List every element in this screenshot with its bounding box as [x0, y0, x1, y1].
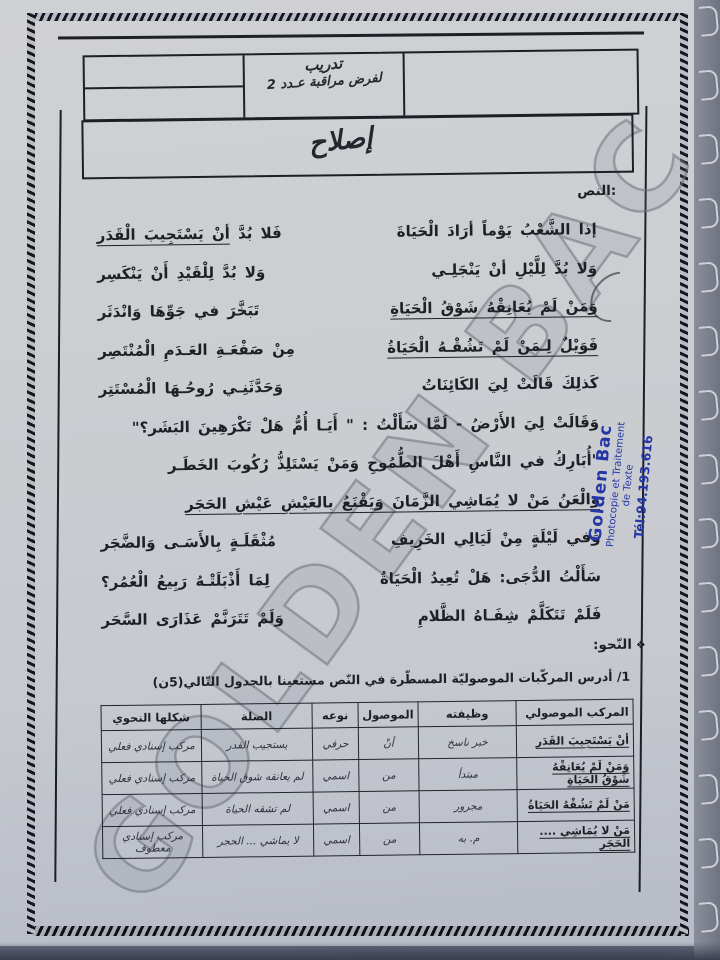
poem-text: تَبَخَّرَ في جَوِّهَا وَانْدَثَر	[98, 301, 260, 321]
table-cell: من	[359, 759, 419, 792]
hemistich: فَلَمْ تَتَكَلَّمْ شِفَـاهُ الظَّلامِ	[418, 605, 602, 625]
poem-text: وَلا بُدَّ لِلْقَيْدِ أَنْ يَنْكَسِر	[97, 263, 265, 283]
page-content: GOLDEN BAC تدريب لفرض مراقبة عـدد 2 إصلا…	[0, 0, 720, 960]
poem-verse: وَفي لَيْلَةٍ مِنْ لَيَالِي الخَرِيفِمُث…	[100, 518, 600, 563]
hemistich: "أُبَارِكُ في النَّاسِ أَهْلَ الطُّمُوحِ…	[168, 451, 600, 474]
hemistich: كَذلِكَ قَالَتْ لِيَ الكَائِنَاتُ	[421, 374, 598, 394]
poem-text: فَلا بُدَّ	[230, 224, 282, 243]
grammar-section-label: ❖النّحو:	[593, 637, 646, 654]
table-cell: لا يماشي ... الحجر	[202, 824, 313, 857]
table-cell: مركب إسنادي فعلي	[101, 729, 201, 762]
table-cell: مَنْ لا يُمَاشِي .... الحَجَر	[517, 820, 634, 853]
table-row: مَنْ لا يُمَاشِي .... الحَجَرم. بهمناسمي…	[102, 820, 634, 858]
hemistich: مُثْقَلَـةٍ بِالأَسَـى وَالضَّجَر	[100, 532, 276, 552]
poem-text: وَمَنْ لَمْ يُعَانِقْهُ شَوْقُ الْحَيَاة…	[390, 297, 598, 318]
hemistich: وَمَنْ لَمْ يُعَانِقْهُ شَوْقُ الْحَيَاة…	[390, 297, 598, 318]
poem-block: إذا الشَّعْبُ يَوْماً أرَادَ الْحَيَاةَف…	[97, 210, 602, 640]
table-cell: لم تشقه الحياة	[202, 792, 313, 825]
poem-verse: إذا الشَّعْبُ يَوْماً أرَادَ الْحَيَاةَف…	[97, 210, 597, 255]
handwritten-correction-word: إصلاح	[307, 122, 374, 159]
header-subcell-top	[85, 55, 243, 89]
hemistich: فَلا بُدَّ أنْ يَسْتَجِيبَ الْقَدَر	[97, 224, 282, 244]
handwritten-title: تدريب لفرض مراقبة عـدد 2	[244, 51, 404, 95]
hemistich: وَلا بُدَّ لِلْقَيْدِ أَنْ يَنْكَسِر	[97, 263, 265, 283]
table-cell: اسمي	[313, 760, 359, 793]
hemistich: سَأَلْتُ الدُّجَى: هَلْ تُعِيدُ الْحَيَا…	[380, 567, 601, 588]
table-cell: مَنْ لَمْ تَشُقْهُ الحَيَاةُ	[517, 788, 634, 821]
diamond-bullet-icon: ❖	[636, 639, 646, 652]
hemistich: تَبَخَّرَ في جَوِّهَا وَانْدَثَر	[98, 301, 260, 321]
table-cell: أنْ يَسْتَجِيبَ القَدَر	[516, 724, 633, 757]
text-section-label: النص:	[577, 183, 616, 199]
table-cell: مجرور	[419, 790, 517, 823]
hemistich: إذا الشَّعْبُ يَوْماً أرَادَ الْحَيَاةَ	[397, 220, 597, 240]
poem-verse: كَذلِكَ قَالَتْ لِيَ الكَائِنَاتُوَحَدَّ…	[98, 364, 598, 409]
table-cell: م. به	[419, 822, 517, 855]
table-header-cell: الصلة	[201, 703, 312, 729]
table-cell: خبر ناسخ	[418, 726, 516, 759]
correction-box: إصلاح	[81, 114, 634, 180]
poem-text: كَذلِكَ قَالَتْ لِيَ الكَائِنَاتُ	[421, 374, 598, 394]
poem-text: أنْ يَسْتَجِيبَ الْقَدَر	[97, 225, 230, 245]
poem-text: سَأَلْتُ الدُّجَى: هَلْ تُعِيدُ الْحَيَا…	[380, 567, 601, 588]
table-cell: مركب إسنادي معطوف	[102, 825, 202, 858]
poem-text: فَوَيْلٌ لِـمَنْ لَمْ تَشُقْـهُ الْحَيَا…	[387, 336, 598, 357]
poem-text: وَلا بُدَّ لِلَّيْلِ أنْ يَنْجَلِـي	[431, 259, 597, 279]
table-cell: اسمي	[313, 824, 359, 857]
header-table: تدريب لفرض مراقبة عـدد 2	[83, 49, 640, 122]
poem-verse: سَأَلْتُ الدُّجَى: هَلْ تُعِيدُ الْحَيَا…	[101, 557, 601, 602]
poem-text: مِنْ صَفْعَـةِ العَـدَمِ الْمُنْتَصِر	[98, 340, 295, 360]
table-cell: حرفي	[312, 728, 358, 761]
table-cell: يستجيب القدر	[201, 728, 312, 761]
table-cell: من	[359, 823, 419, 856]
hemistich: فَوَيْلٌ لِـمَنْ لَمْ تَشُقْـهُ الْحَيَا…	[387, 336, 598, 357]
poem-text: وَقَالَتْ لِيَ الأَرْضُ - لَمَّا سَأَلْت…	[132, 413, 600, 437]
poem-text: وَفي لَيْلَةٍ مِنْ لَيَالِي الخَرِيفِ	[391, 528, 601, 549]
hemistich: والْعَنُ مَنْ لا يُمَاشِي الزَّمَانَ وَي…	[185, 490, 600, 513]
table-cell: وَمَنْ لَمْ يُعَانِقْهُ شَوْقُ الحَيَاةِ	[517, 756, 634, 789]
poem-text: وَلَمْ تَتَرَنَّمْ عَذَارَى السَّحَر	[101, 609, 284, 629]
poem-verse: فَوَيْلٌ لِـمَنْ لَمْ تَشُقْـهُ الْحَيَا…	[98, 326, 598, 371]
poem-verse: والْعَنُ مَنْ لا يُمَاشِي الزَّمَانَ وَي…	[100, 480, 600, 525]
poem-text: وَحَدَّثَنِـي رُوحُـهَا الْمُسْتَتِر	[99, 378, 284, 398]
header-cell-title: تدريب لفرض مراقبة عـدد 2	[245, 53, 406, 117]
scanned-document-photo: GOLDEN BAC تدريب لفرض مراقبة عـدد 2 إصلا…	[0, 0, 720, 960]
table-cell: لم يعانقه شوق الحياة	[202, 760, 313, 793]
header-cell-right	[405, 51, 638, 116]
poem-text: إذا الشَّعْبُ يَوْماً أرَادَ الْحَيَاةَ	[397, 220, 597, 240]
poem-verse: وَمَنْ لَمْ يُعَانِقْهُ شَوْقُ الْحَيَاة…	[97, 287, 597, 332]
poem-verse: وَلا بُدَّ لِلَّيْلِ أنْ يَنْجَلِـيوَلا …	[97, 249, 597, 294]
table-cell: من	[359, 791, 419, 824]
hemistich: وَحَدَّثَنِـي رُوحُـهَا الْمُسْتَتِر	[99, 378, 284, 398]
grammar-analysis-table: المركب الموصوليوظيفتهالموصولنوعهالصلةشكل…	[100, 699, 635, 860]
header-subcell-bottom	[85, 87, 243, 119]
table-header-cell: المركب الموصولي	[516, 699, 633, 725]
grammar-label-text: النّحو:	[593, 637, 632, 653]
table-cell: مركب إسنادي فعلي	[102, 793, 202, 826]
hemistich: وَلا بُدَّ لِلَّيْلِ أنْ يَنْجَلِـي	[431, 259, 597, 279]
table-cell: اسمي	[313, 792, 359, 825]
poem-text: "أُبَارِكُ في النَّاسِ أَهْلَ الطُّمُوحِ…	[168, 451, 600, 474]
table-header-cell: وظيفته	[418, 701, 516, 727]
exercise-instruction: 1/ أدرس المركّبات الموصوليّة المسطّرة في…	[98, 669, 630, 690]
hemistich: لِمَا أَذْبَلَتْـهُ رَبِيعُ الْعُمُر؟	[101, 571, 270, 591]
header-cell-left	[85, 55, 246, 119]
poem-text: والْعَنُ مَنْ لا يُمَاشِي الزَّمَانَ وَي…	[185, 490, 600, 513]
poem-verse: وَقَالَتْ لِيَ الأَرْضُ - لَمَّا سَأَلْت…	[99, 403, 599, 448]
table-cell: مركب إسنادي فعلي	[102, 761, 202, 794]
table-header-cell: الموصول	[358, 702, 418, 728]
hemistich: وَقَالَتْ لِيَ الأَرْضُ - لَمَّا سَأَلْت…	[132, 413, 600, 437]
hemistich: وَلَمْ تَتَرَنَّمْ عَذَارَى السَّحَر	[101, 609, 284, 629]
table-cell: أنْ	[358, 727, 418, 760]
poem-verse: "أُبَارِكُ في النَّاسِ أَهْلَ الطُّمُوحِ…	[99, 441, 599, 486]
hemistich: مِنْ صَفْعَـةِ العَـدَمِ الْمُنْتَصِر	[98, 340, 295, 360]
hemistich: وَفي لَيْلَةٍ مِنْ لَيَالِي الخَرِيفِ	[391, 528, 601, 549]
poem-text: فَلَمْ تَتَكَلَّمْ شِفَـاهُ الظَّلامِ	[418, 605, 602, 625]
table-header-cell: نوعه	[312, 703, 358, 729]
table-header-cell: شكلها النحوي	[101, 704, 201, 730]
table-cell: مبتدأ	[419, 758, 517, 791]
poem-verse: فَلَمْ تَتَكَلَّمْ شِفَـاهُ الظَّلامِوَل…	[101, 595, 601, 640]
poem-text: لِمَا أَذْبَلَتْـهُ رَبِيعُ الْعُمُر؟	[101, 571, 270, 591]
poem-text: مُثْقَلَـةٍ بِالأَسَـى وَالضَّجَر	[100, 532, 276, 552]
